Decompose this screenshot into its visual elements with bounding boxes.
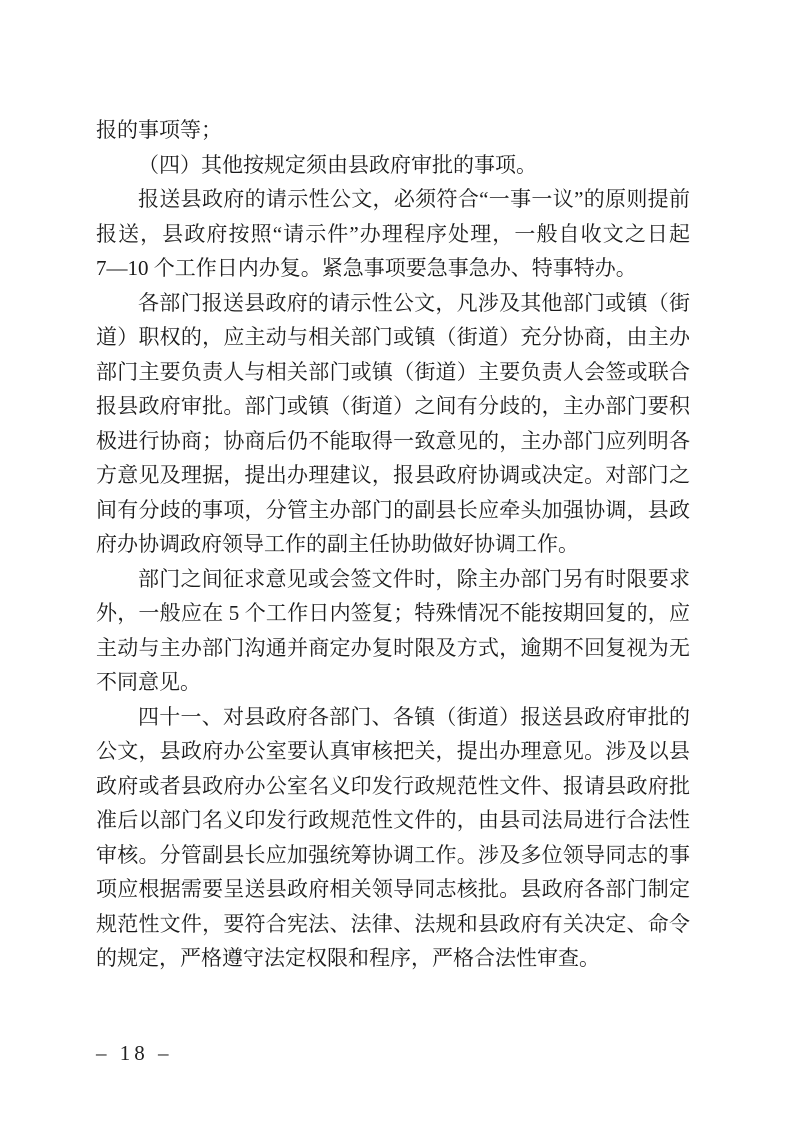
text-line: 报送县政府的请示性公文，必须符合“一事一议”的原则提前 (96, 182, 690, 217)
text-line: （四）其他按规定须由县政府审批的事项。 (96, 148, 690, 183)
text-line: 极进行协商；协商后仍不能取得一致意见的，主办部门应列明各 (96, 424, 690, 459)
text-line: 部门之间征求意见或会签文件时，除主办部门另有时限要求 (96, 562, 690, 597)
text-line: 四十一、对县政府各部门、各镇（街道）报送县政府审批的 (96, 700, 690, 735)
text-line: 7—10 个工作日内办复。紧急事项要急事急办、特事特办。 (96, 251, 690, 286)
text-line: 道）职权的，应主动与相关部门或镇（街道）充分协商，由主办 (96, 320, 690, 355)
text-line: 审核。分管副县长应加强统筹协调工作。涉及多位领导同志的事 (96, 838, 690, 873)
text-line: 间有分歧的事项，分管主办部门的副县长应牵头加强协调，县政 (96, 493, 690, 528)
text-line: 不同意见。 (96, 665, 690, 700)
document-page: 报的事项等；（四）其他按规定须由县政府审批的事项。报送县政府的请示性公文，必须符… (0, 0, 793, 1122)
text-line: 报送，县政府按照“请示件”办理程序处理，一般自收文之日起 (96, 217, 690, 252)
text-line: 方意见及理据，提出办理建议，报县政府协调或决定。对部门之 (96, 458, 690, 493)
text-line: 外，一般应在 5 个工作日内签复；特殊情况不能按期回复的，应 (96, 596, 690, 631)
text-line: 部门主要负责人与相关部门或镇（街道）主要负责人会签或联合 (96, 355, 690, 390)
text-line: 报的事项等； (96, 113, 690, 148)
text-line: 项应根据需要呈送县政府相关领导同志核批。县政府各部门制定 (96, 872, 690, 907)
text-line: 报县政府审批。部门或镇（街道）之间有分歧的，主办部门要积 (96, 389, 690, 424)
text-line: 各部门报送县政府的请示性公文，凡涉及其他部门或镇（街 (96, 286, 690, 321)
page-number: – 18 – (96, 1041, 173, 1066)
document-body: 报的事项等；（四）其他按规定须由县政府审批的事项。报送县政府的请示性公文，必须符… (96, 113, 690, 976)
text-line: 府办协调政府领导工作的副主任协助做好协调工作。 (96, 527, 690, 562)
text-line: 规范性文件，要符合宪法、法律、法规和县政府有关决定、命令 (96, 907, 690, 942)
text-line: 的规定，严格遵守法定权限和程序，严格合法性审查。 (96, 941, 690, 976)
text-line: 政府或者县政府办公室名义印发行政规范性文件、报请县政府批 (96, 769, 690, 804)
text-line: 主动与主办部门沟通并商定办复时限及方式，逾期不回复视为无 (96, 631, 690, 666)
text-line: 准后以部门名义印发行政规范性文件的，由县司法局进行合法性 (96, 803, 690, 838)
text-line: 公文，县政府办公室要认真审核把关，提出办理意见。涉及以县 (96, 734, 690, 769)
